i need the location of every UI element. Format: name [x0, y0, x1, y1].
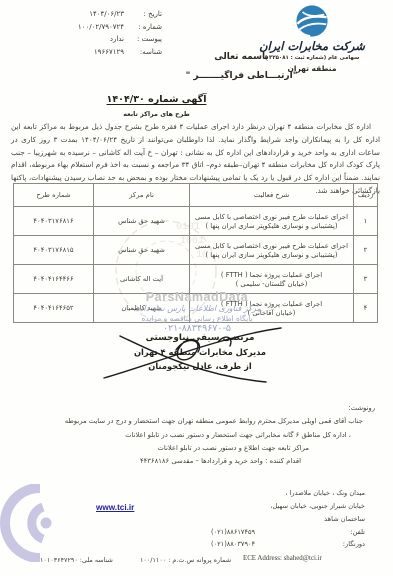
meta-number-row: شماره : ۱۰۰/۰۲/۷۹۰۷۲۴	[14, 23, 162, 31]
row-no: ۱	[354, 207, 378, 236]
header-plan-no: شماره طرح	[14, 184, 94, 207]
cc-label: رونوشت:	[18, 402, 375, 415]
row-center: شهید حق شناس	[94, 236, 190, 265]
address-line: میدان ونک ، خیابان ملاصدرا ،	[211, 487, 365, 500]
row-activity: اجرای عملیات طرح فیبر نوری اختصاصی با کا…	[190, 236, 354, 265]
fax-label: دورنگار:	[343, 538, 365, 551]
activity-line-1: اجرای عملیات طرح فیبر نوری اختصاصی با کا…	[192, 242, 351, 250]
website-link[interactable]: www.tci.ir	[96, 503, 134, 512]
row-plan-no: ۴۰۴۰۳۱۷۶۸۱۵	[14, 236, 94, 265]
activity-line-1: اجرای عملیات پروژه نجما ( FTTH )	[192, 271, 351, 279]
national-id: شناسه ملی: ۱۰۱۰۳۶۴۷۲۹۰	[40, 556, 113, 564]
notice-subtitle: طرح های مراکز تابعه	[0, 110, 313, 118]
cc-line: ، اداره کل مناطق ۶ گانه مخابراتی جهت است…	[18, 429, 351, 442]
row-center: شهید حق شناس	[94, 207, 190, 236]
row-center: شهید کاظمیان	[94, 294, 190, 323]
cc-line: اقدام کننده : واحد خرید و قراردادها – مق…	[18, 455, 301, 468]
plans-table: ردیف شرح فعالیت نام مرکز شماره طرح ۱ اجر…	[13, 183, 378, 323]
tci-arcs-logo-icon	[0, 484, 66, 562]
header-row-no: ردیف	[354, 184, 378, 207]
activity-line-2: (خیابان آقاخانی )	[192, 309, 351, 317]
signature-block: مرتضی سیفی نیاوجستی مدیرکل مخابرات منطقه…	[116, 333, 284, 371]
date-label: تاریخ :	[124, 10, 162, 18]
phone-label: تلفن:	[350, 526, 365, 539]
header-activity: شرح فعالیت	[190, 184, 354, 207]
number-value: ۱۰۰/۰۲/۷۹۰۷۲۴	[14, 23, 124, 31]
number-label: شماره :	[124, 23, 162, 31]
fax-row: دورنگار: (۰۲۱)۸۸۰۳۷۹۰۴	[211, 538, 365, 551]
activity-line-2: (پشتیبانی و نوسازی هلیکوپتر سازی ایران پ…	[192, 251, 351, 259]
license-number: شماره پروانه س.ت.م : ۱۰۰/۱۱۰۰	[140, 556, 231, 564]
row-plan-no: ۴۰۴۰۴۱۶۴۴۶۶	[14, 265, 94, 294]
row-no: ۴	[354, 294, 378, 323]
besmele: باسمه تعالی	[90, 52, 393, 62]
row-no: ۲	[354, 236, 378, 265]
activity-line-1: اجرای عملیات پروژه نجما ( FTTH )	[192, 300, 351, 308]
slogan: "ارتبـــاطی فراگیـــــــر "	[90, 71, 393, 81]
footer-address: میدان ونک ، خیابان ملاصدرا ، خیابان شیرا…	[211, 487, 365, 551]
row-activity: اجرای عملیات طرح فیبر نوری اختصاصی با کا…	[190, 207, 354, 236]
address-line: خیابان شیراز جنوبی، خیابان سهیل،	[211, 500, 365, 513]
activity-line-2: (خیابان گلستان- سلیمی )	[192, 280, 351, 288]
signer-name: مرتضی سیفی نیاوجستی	[116, 333, 284, 343]
cc-line: مراکز تابعه جهت اطلاع و دستور نصب در تاب…	[18, 442, 309, 455]
row-activity: اجرای عملیات پروژه نجما ( FTTH ) (خیابان…	[190, 265, 354, 294]
scanned-tender-letter: شرکت مخابرات ایران سهامی عام (شماره ثبت …	[0, 0, 393, 576]
row-no: ۳	[354, 265, 378, 294]
table-row: ۳ اجرای عملیات پروژه نجما ( FTTH ) (خیاب…	[14, 265, 378, 294]
row-plan-no: ۴۰۴۰۳۱۷۶۸۱۶	[14, 207, 94, 236]
ece-address: ECE Address: shahed@tci.ir	[243, 555, 322, 562]
cc-block: رونوشت: جناب آقای قمی اویلی مدیرکل محترم…	[18, 402, 375, 468]
notice-title: آگهی شماره ۱۴۰۴/۳۰	[0, 94, 313, 105]
signer-on-behalf: از طرف، عادل نیکجومنان	[116, 361, 284, 371]
activity-line-2: (پشتیبانی و نوسازی هلیکوپتر سازی ایران پ…	[192, 222, 351, 230]
header-center: نام مرکز	[94, 184, 190, 207]
table-row: ۴ اجرای عملیات پروژه نجما ( FTTH ) (خیاب…	[14, 294, 378, 323]
letterhead: شرکت مخابرات ایران سهامی عام (شماره ثبت …	[253, 4, 371, 73]
company-name: شرکت مخابرات ایران	[253, 39, 371, 53]
date-value: ۱۴۰۴/۰۶/۲۳	[14, 10, 124, 18]
attachment-value: ندارد	[14, 35, 124, 43]
row-plan-no: ۴۰۴۰۴۱۶۴۶۵۲	[14, 294, 94, 323]
phone-value: (۰۲۱)۸۸۶۱۷۴۵۹	[211, 526, 255, 539]
table-header-row: ردیف شرح فعالیت نام مرکز شماره طرح	[14, 184, 378, 207]
fax-value: (۰۲۱)۸۸۰۳۷۹۰۴	[211, 538, 255, 551]
phone-row: تلفن: (۰۲۱)۸۸۶۱۷۴۵۹	[211, 526, 365, 539]
cc-line: جناب آقای قمی اویلی مدیرکل محترم روابط ع…	[18, 415, 363, 428]
table-row: ۱ اجرای عملیات طرح فیبر نوری اختصاصی با …	[14, 207, 378, 236]
activity-line-1: اجرای عملیات طرح فیبر نوری اختصاصی با کا…	[192, 213, 351, 221]
row-activity: اجرای عملیات پروژه نجما ( FTTH ) (خیابان…	[190, 294, 354, 323]
address-line: ساختمان شاهد	[211, 513, 365, 526]
table-row: ۲ اجرای عملیات طرح فیبر نوری اختصاصی با …	[14, 236, 378, 265]
meta-date-row: تاریخ : ۱۴۰۴/۰۶/۲۳	[14, 10, 162, 18]
row-center: آیت اله کاشانی	[94, 265, 190, 294]
tci-logo-icon	[295, 4, 329, 38]
signer-role: مدیرکل مخابرات منطقه ۴ تهران	[116, 347, 284, 357]
meta-attachment-row: پیوست : ندارد	[14, 35, 162, 43]
attachment-label: پیوست :	[124, 35, 162, 43]
